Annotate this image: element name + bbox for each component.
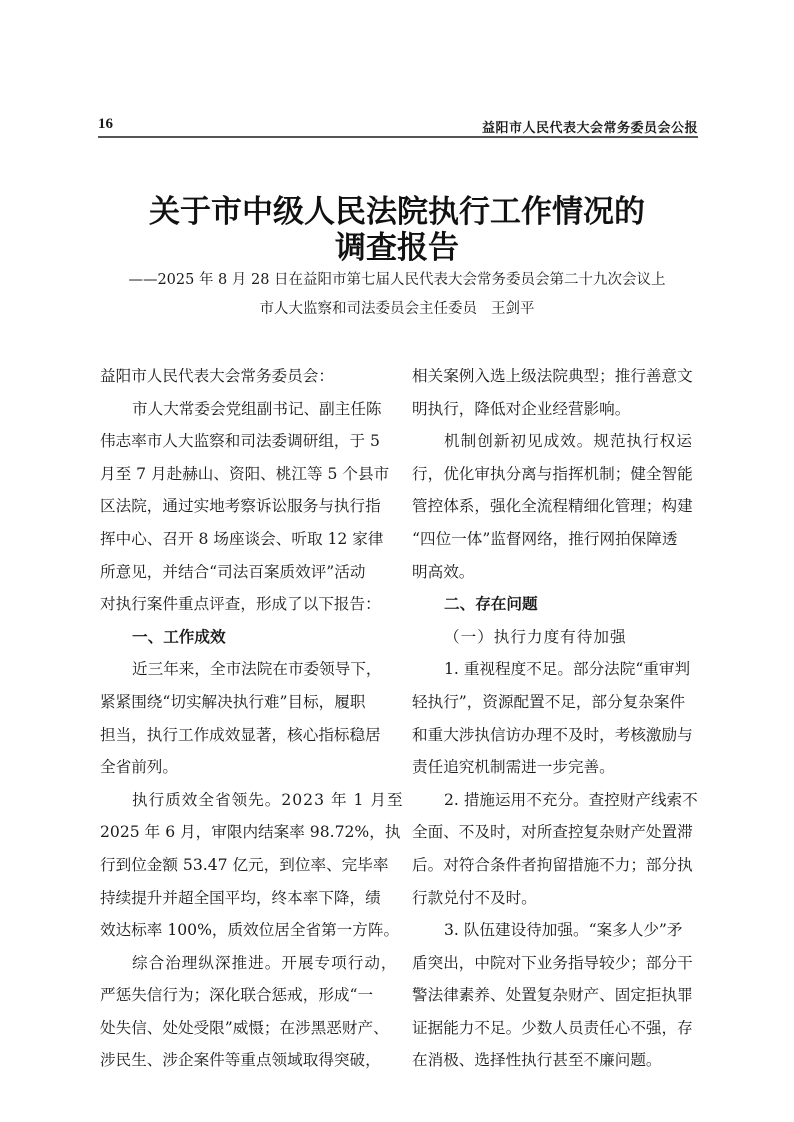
body-line: 月至 7 月赴赫山、资阳、桃江等 5 个县市: [100, 462, 396, 495]
body-line: 区法院，通过实地考察诉讼服务与执行指: [100, 494, 396, 527]
body-line: “四位一体”监督网络，推行网拍保障透: [412, 527, 708, 560]
author-name: 王剑平: [491, 301, 535, 317]
body-line: 近三年来，全市法院在市委领导下，: [100, 657, 396, 690]
journal-name: 益阳市人民代表大会常务委员会公报: [482, 117, 698, 136]
body-line: 证据能力不足。少数人员责任心不强，存: [412, 1016, 708, 1049]
body-line: 全面、不及时，对所查控复杂财产处置滞: [412, 820, 708, 853]
body-line: 行到位金额 53.47 亿元，到位率、完毕率: [100, 853, 396, 886]
body-line: 相关案例入选上级法院典型；推行善意文: [412, 364, 708, 397]
body-line: 伟志率市人大监察和司法委调研组，于 5: [100, 429, 396, 462]
body-line: 明执行，降低对企业经营影响。: [412, 397, 708, 430]
body-line: 所意见，并结合“司法百案质效评”活动: [100, 560, 396, 593]
author-position: 市人大监察和司法委员会主任委员: [260, 301, 478, 317]
header-rule: [98, 136, 698, 138]
body-line: 全省前列。: [100, 755, 396, 788]
body-line: 严惩失信行为；深化联合惩戒，形成“一: [100, 983, 396, 1016]
body-line: 机制创新初见成效。规范执行权运: [412, 429, 708, 462]
running-header: 16 益阳市人民代表大会常务委员会公报: [98, 116, 698, 136]
section-heading-problems: 二、存在问题: [412, 592, 708, 625]
body-line: 后。对符合条件者拘留措施不力；部分执: [412, 853, 708, 886]
body-line: 涉民生、涉企案件等重点领域取得突破，: [100, 1048, 396, 1081]
author-line: 市人大监察和司法委员会主任委员王剑平: [0, 297, 794, 318]
body-line: 持续提升并超全国平均，终本率下降，绩: [100, 886, 396, 919]
body-line: 执行质效全省领先。2023 年 1 月至: [100, 788, 396, 821]
section-heading-achievements: 一、工作成效: [100, 625, 396, 658]
right-column: 相关案例入选上级法院典型；推行善意文 明执行，降低对企业经营影响。 机制创新初见…: [412, 364, 708, 1081]
page-number: 16: [98, 116, 113, 133]
body-line: 盾突出，中院对下业务指导较少；部分干: [412, 951, 708, 984]
document-subtitle: ——2025 年 8 月 28 日在益阳市第七届人民代表大会常务委员会第二十九次…: [0, 268, 794, 289]
body-line: 综合治理纵深推进。开展专项行动，: [100, 951, 396, 984]
body-line: 明高效。: [412, 560, 708, 593]
body-line: 行，优化审执分离与指挥机制；健全智能: [412, 462, 708, 495]
body-line: 轻执行”，资源配置不足，部分复杂案件: [412, 690, 708, 723]
body-line: 管控体系，强化全流程精细化管理；构建: [412, 494, 708, 527]
body-line: 2. 措施运用不充分。查控财产线索不: [412, 788, 708, 821]
body-line: 行款兑付不及时。: [412, 886, 708, 919]
body-line: 责任追究机制需进一步完善。: [412, 755, 708, 788]
body-line: 2025 年 6 月，审限内结案率 98.72%，执: [100, 820, 396, 853]
body-line: 紧紧围绕“切实解决执行难”目标，履职: [100, 690, 396, 723]
body-line: 市人大常委会党组副书记、副主任陈: [100, 397, 396, 430]
salutation: 益阳市人民代表大会常务委员会：: [100, 364, 396, 397]
left-column: 益阳市人民代表大会常务委员会： 市人大常委会党组副书记、副主任陈 伟志率市人大监…: [100, 364, 396, 1081]
document-title-line-2: 调查报告: [0, 222, 794, 267]
body-line: 3. 队伍建设待加强。“案多人少”矛: [412, 918, 708, 951]
body-line: 挥中心、召开 8 场座谈会、听取 12 家律: [100, 527, 396, 560]
body-line: 和重大涉执信访办理不及时，考核激励与: [412, 723, 708, 756]
body-line: 1. 重视程度不足。部分法院“重审判: [412, 657, 708, 690]
subsection-heading: （一）执行力度有待加强: [412, 625, 708, 658]
body-line: 处失信、处处受限”威慑；在涉黑恶财产、: [100, 1016, 396, 1049]
body-line: 在消极、选择性执行甚至不廉问题。: [412, 1048, 708, 1081]
body-line: 效达标率 100%，质效位居全省第一方阵。: [100, 918, 396, 951]
body-line: 对执行案件重点评查，形成了以下报告：: [100, 592, 396, 625]
body-line: 警法律素养、处置复杂财产、固定拒执罪: [412, 983, 708, 1016]
body-line: 担当，执行工作成效显著，核心指标稳居: [100, 723, 396, 756]
